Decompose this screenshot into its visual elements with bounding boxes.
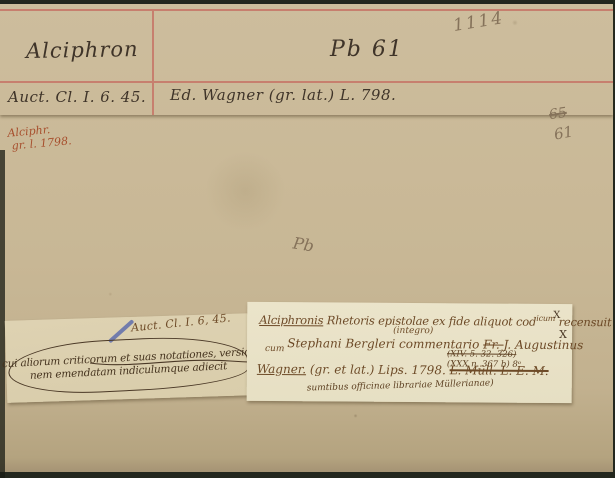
slip-editor-line: cum Stephani Bergleri commentario (integ…	[265, 336, 583, 352]
pencil-shelf-letter: Pb	[292, 233, 316, 255]
reference-kept: (XXX n. 367 b) 8ᵒ	[447, 359, 521, 370]
shelf-references: (XIV. 5. 32. 326) (XXX n. 367 b) 8ᵒ	[447, 349, 521, 370]
editor-surname-underlined: Wagner.	[257, 362, 306, 376]
title-word-underlined: Alciphronis	[259, 313, 323, 327]
edition-reference: Ed. Wagner (gr. lat.) L. 798.	[170, 86, 396, 104]
pencil-old-number-struck: 65	[548, 105, 568, 123]
red-ink-note: Alciphr. gr. l. 1798.	[7, 121, 72, 152]
scanned-catalog-page: Alciphron Pb 61 Auct. Cl. I. 6. 45. Ed. …	[0, 0, 615, 478]
pencil-folio-number: 1114	[452, 8, 506, 36]
catalog-card: Alciphron Pb 61 Auct. Cl. I. 6. 45. Ed. …	[0, 4, 613, 115]
page-edge-shadow	[0, 150, 5, 478]
x-mark-upper: X	[553, 310, 560, 321]
publisher-line: sumtibus officinae librariae Müllerianae…	[307, 378, 494, 393]
pencil-new-number: 61	[553, 122, 575, 143]
author-title: Alciphron	[26, 37, 139, 63]
auct-reference: Auct. Cl. I. 6. 45.	[8, 88, 146, 106]
shelfmark: Pb 61	[330, 37, 404, 62]
ruled-line-middle	[0, 81, 613, 83]
ruled-line-vertical	[152, 9, 154, 115]
reference-crossed: (XIV. 5. 32. 326)	[447, 349, 521, 360]
superscript-integro: (integro)	[393, 326, 433, 336]
imprint-main: (gr. et lat.) Lips. 1798.	[306, 362, 450, 377]
pasted-slip-right: Alciphronis Rhetoris epistolae ex fide a…	[247, 302, 573, 403]
inserted-word: cum	[265, 344, 287, 354]
title-line-end: recensuit	[555, 315, 611, 329]
ruled-line-top	[0, 9, 613, 11]
